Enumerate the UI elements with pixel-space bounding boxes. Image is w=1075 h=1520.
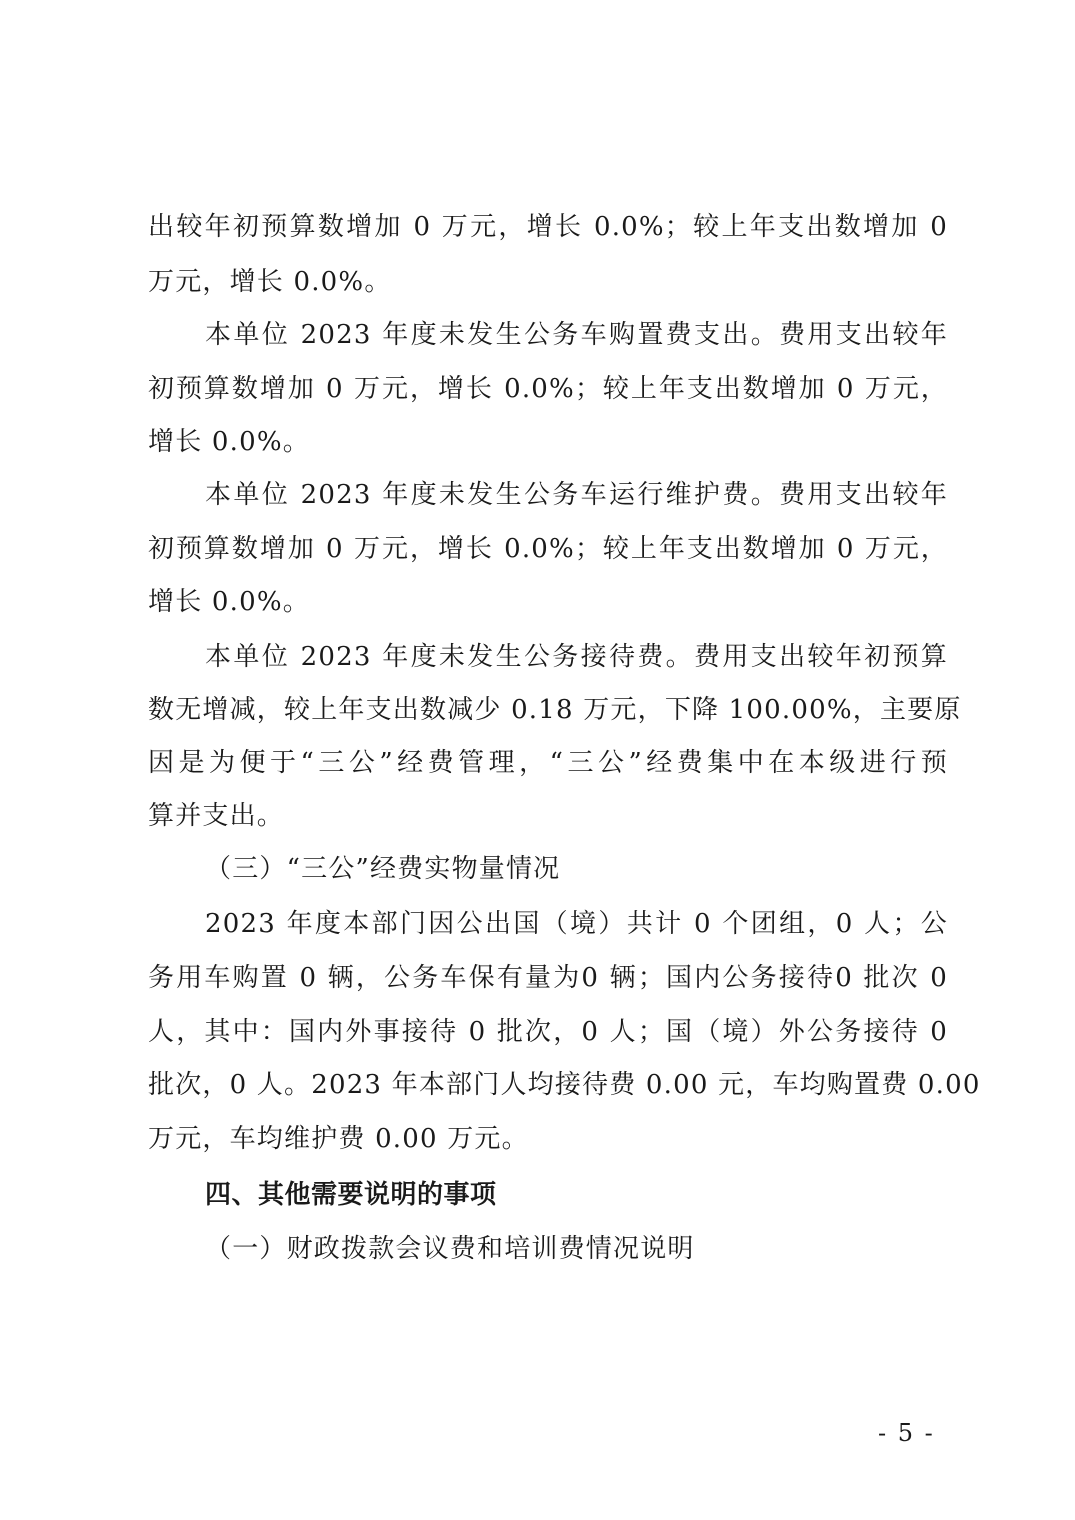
paragraph-line: 增长 0.0%。 <box>148 425 948 459</box>
subsection-heading: （一）财政拨款会议费和培训费情况说明 <box>205 1232 1005 1266</box>
paragraph-line: 初预算数增加 0 万元，增长 0.0%；较上年支出数增加 0 万元， <box>148 532 948 566</box>
paragraph-line: 人，其中：国内外事接待 0 批次，0 人；国（境）外公务接待 0 <box>148 1015 948 1049</box>
paragraph-line: 出较年初预算数增加 0 万元，增长 0.0%；较上年支出数增加 0 <box>148 210 948 244</box>
paragraph-line-vehicle-maintenance: 本单位 2023 年度未发生公务车运行维护费。费用支出较年 <box>205 478 948 512</box>
paragraph-line-vehicle-purchase: 本单位 2023 年度未发生公务车购置费支出。费用支出较年 <box>205 318 948 352</box>
paragraph-line: 初预算数增加 0 万元，增长 0.0%；较上年支出数增加 0 万元， <box>148 372 948 406</box>
paragraph-line-reception: 本单位 2023 年度未发生公务接待费。费用支出较年初预算 <box>205 640 948 674</box>
paragraph-line: 批次，0 人。2023 年本部门人均接待费 0.00 元，车均购置费 0.00 <box>148 1068 948 1102</box>
paragraph-line: 务用车购置 0 辆，公务车保有量为0 辆；国内公务接待0 批次 0 <box>148 961 948 995</box>
page-number: - 5 - <box>878 1418 935 1448</box>
paragraph-line: 万元，增长 0.0%。 <box>148 265 948 299</box>
paragraph-line-physical-quantity: 2023 年度本部门因公出国（境）共计 0 个团组，0 人；公 <box>205 907 948 941</box>
document-page: 出较年初预算数增加 0 万元，增长 0.0%；较上年支出数增加 0 万元，增长 … <box>0 0 1075 1520</box>
paragraph-line: 万元，车均维护费 0.00 万元。 <box>148 1122 948 1156</box>
section-heading: 四、其他需要说明的事项 <box>205 1178 1005 1212</box>
paragraph-line: 算并支出。 <box>148 799 948 833</box>
subheading-physical-quantity: （三）“三公”经费实物量情况 <box>205 852 1005 886</box>
paragraph-line: 数无增减，较上年支出数减少 0.18 万元，下降 100.00%，主要原 <box>148 693 948 727</box>
paragraph-line: 因是为便于“三公”经费管理，“三公”经费集中在本级进行预 <box>148 746 948 780</box>
paragraph-line: 增长 0.0%。 <box>148 585 948 619</box>
